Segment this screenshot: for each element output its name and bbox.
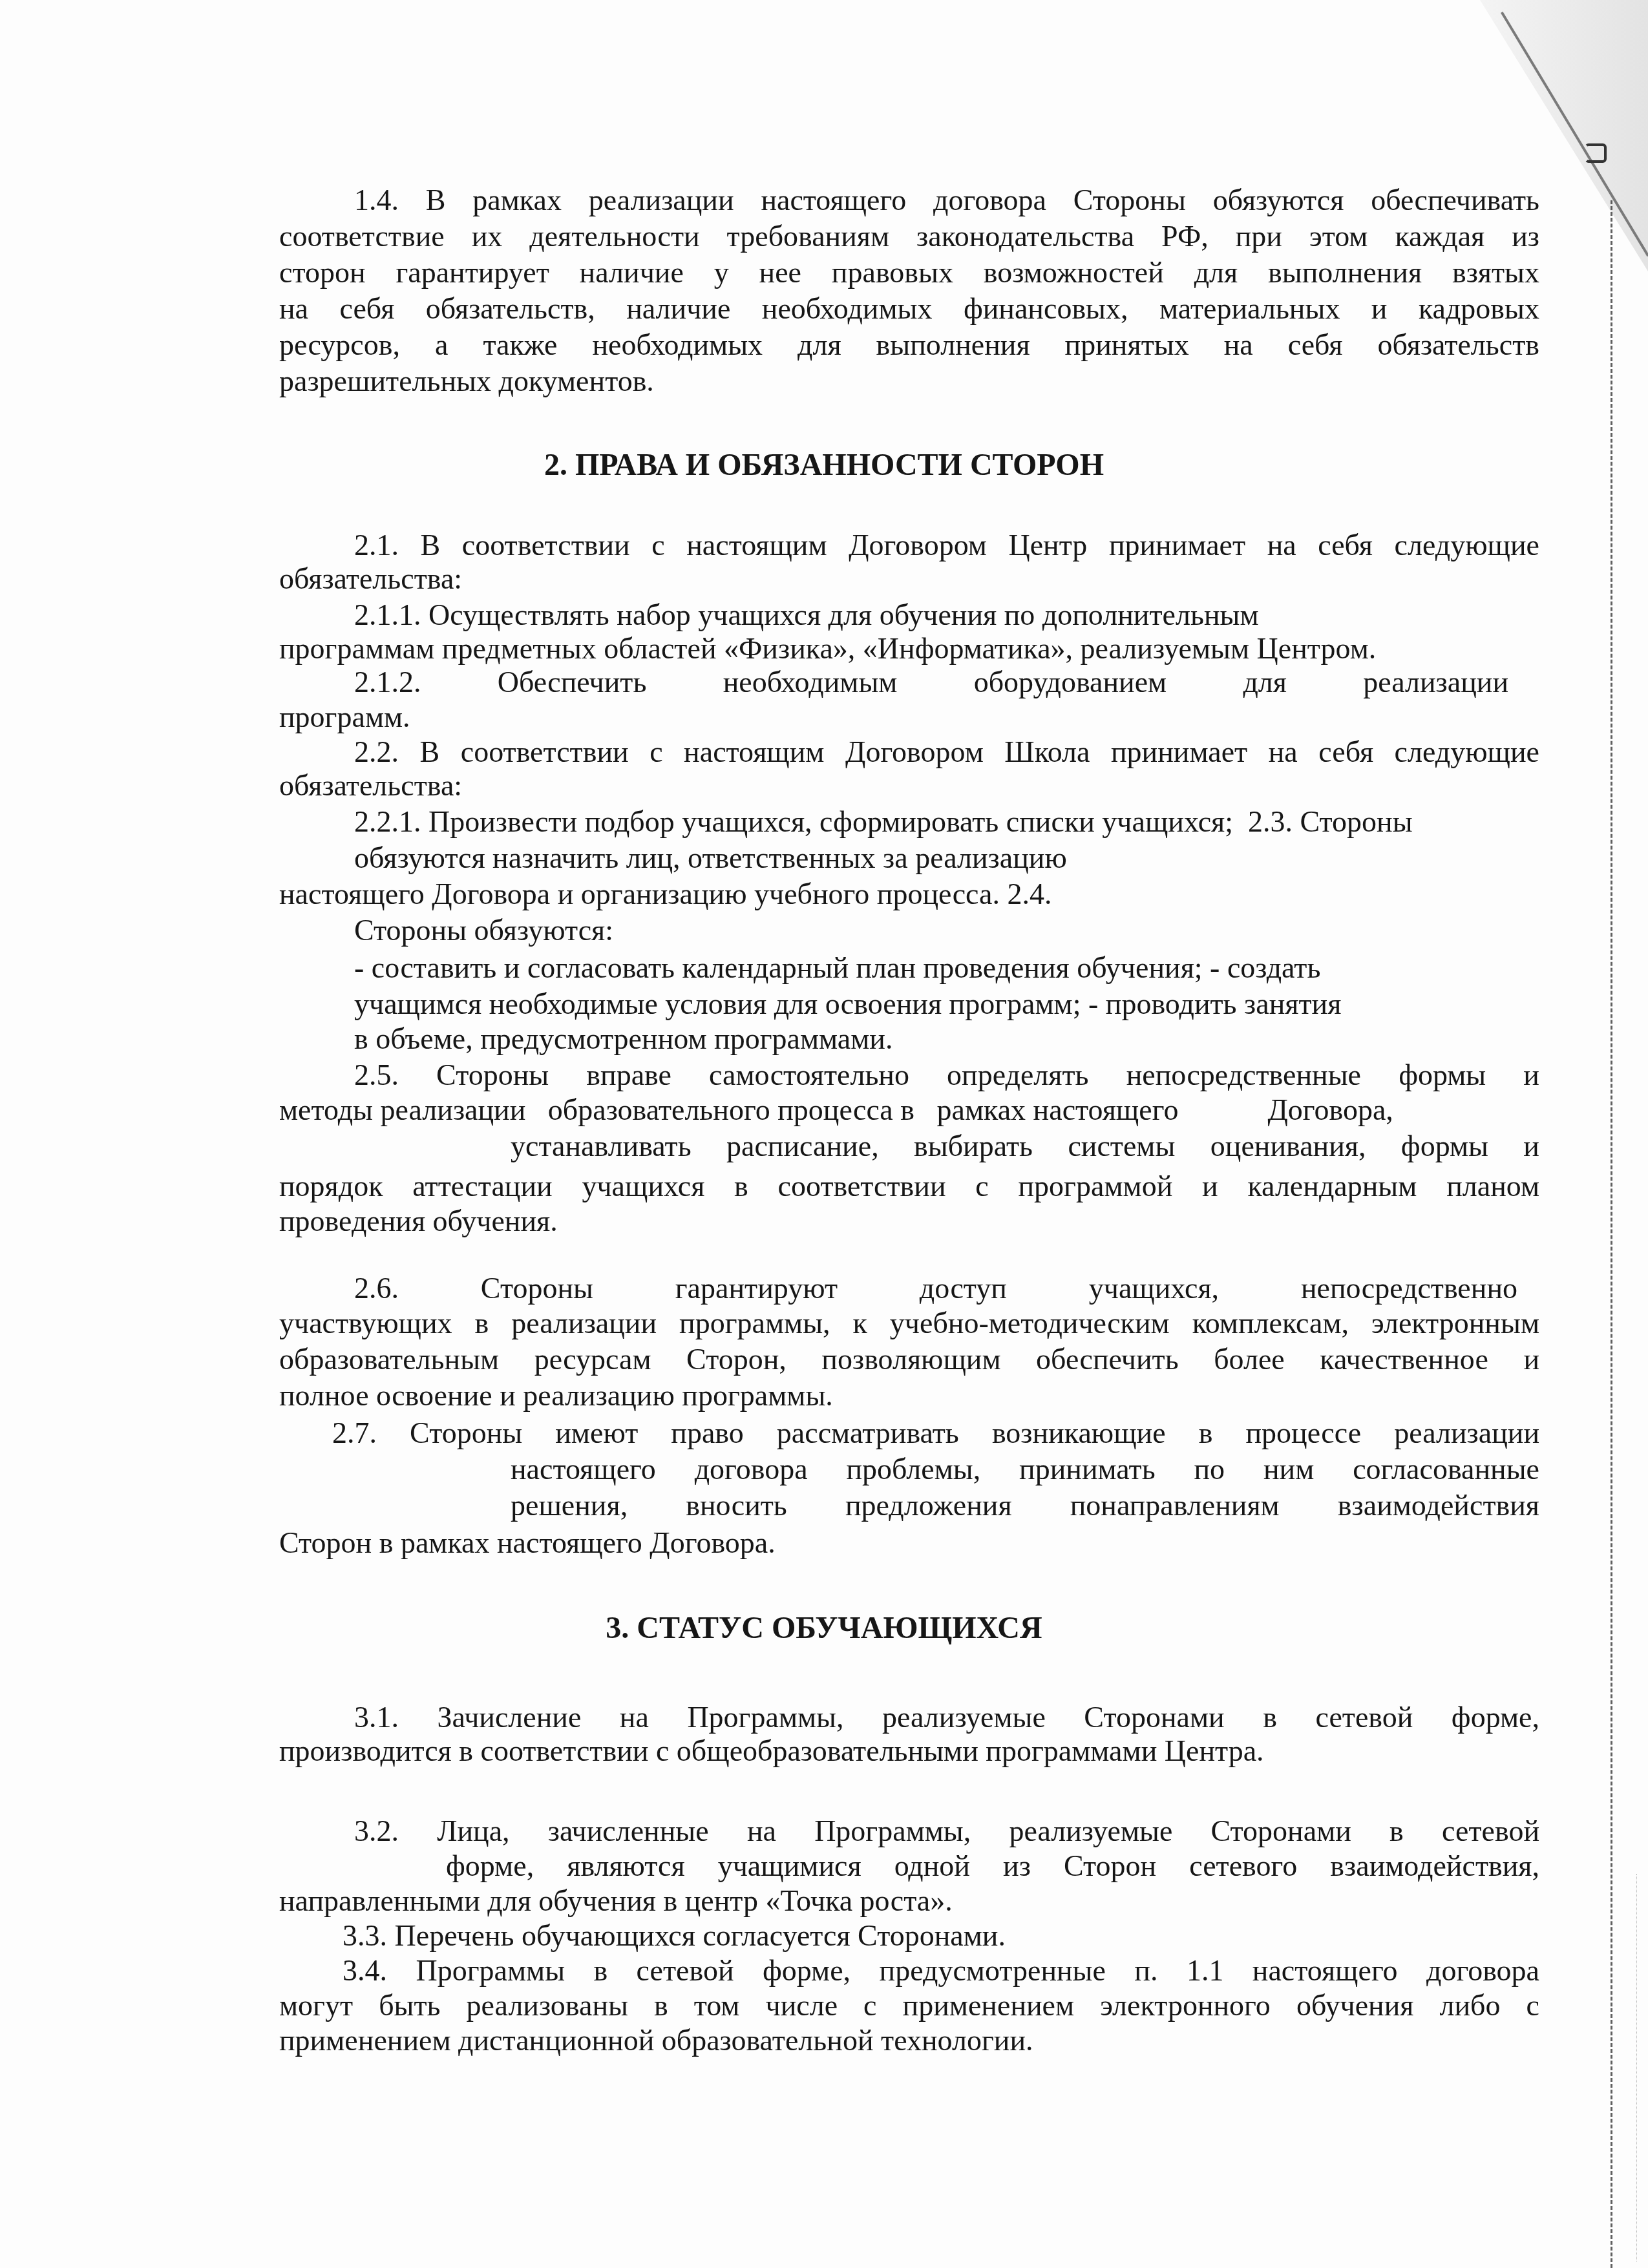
text-line: настоящего договора проблемы, принимать … bbox=[511, 1451, 1539, 1487]
text-line: сторон гарантирует наличие у нее правовы… bbox=[279, 255, 1539, 291]
text-line: образовательным ресурсам Сторон, позволя… bbox=[279, 1341, 1539, 1378]
text-line: полное освоение и реализацию программы. bbox=[279, 1378, 1539, 1414]
text-line: могут быть реализованы в том числе с при… bbox=[279, 1988, 1539, 2024]
text-line: программам предметных областей «Физика»,… bbox=[279, 631, 1539, 667]
text-line: настоящего Договора и организацию учебно… bbox=[279, 876, 1539, 912]
text-line: Стороны обязуются: bbox=[354, 912, 1614, 949]
text-line: 1.4. В рамках реализации настоящего дого… bbox=[354, 182, 1539, 218]
text-line: 2.1.2. Обеспечить необходимым оборудован… bbox=[354, 664, 1508, 700]
text-line: Сторон в рамках настоящего Договора. bbox=[279, 1525, 1539, 1561]
text-line: 2.5. Стороны вправе самостоятельно опред… bbox=[354, 1057, 1539, 1093]
text-line: - составить и согласовать календарный пл… bbox=[354, 950, 1614, 986]
scan-edge-line bbox=[1611, 200, 1612, 2268]
text-line: 3.1. Зачисление на Программы, реализуемы… bbox=[354, 1699, 1539, 1736]
text-line: соответствие их деятельности требованиям… bbox=[279, 218, 1539, 255]
text-line: 2.2. В соответствии с настоящим Договоро… bbox=[354, 734, 1539, 770]
text-line: обязательства: bbox=[279, 768, 1539, 804]
text-line: направленными для обучения в центр «Точк… bbox=[279, 1883, 1539, 1919]
scanned-page: 1.4. В рамках реализации настоящего дого… bbox=[0, 0, 1648, 2268]
text-line: обязуются назначить лиц, ответственных з… bbox=[354, 840, 1614, 876]
text-line: разрешительных документов. bbox=[279, 363, 1539, 399]
staple-mark bbox=[1585, 143, 1607, 163]
scan-edge-faint-line bbox=[1636, 1874, 1637, 2262]
text-line: в объеме, предусмотренном программами. bbox=[354, 1021, 1614, 1057]
text-line: программ. bbox=[279, 699, 1539, 735]
section-heading-3: 3. СТАТУС ОБУЧАЮЩИХСЯ bbox=[0, 1609, 1648, 1648]
text-line: методы реализации образовательного проце… bbox=[279, 1092, 1539, 1128]
text-line: порядок аттестации учащихся в соответств… bbox=[279, 1168, 1539, 1204]
text-line: участвующих в реализации программы, к уч… bbox=[279, 1305, 1539, 1341]
text-line: устанавливать расписание, выбирать систе… bbox=[511, 1128, 1539, 1164]
text-line: проведения обучения. bbox=[279, 1203, 1539, 1239]
text-line: 2.6. Стороны гарантируют доступ учащихся… bbox=[354, 1270, 1517, 1307]
text-line: 3.2. Лица, зачисленные на Программы, реа… bbox=[354, 1813, 1539, 1849]
text-line: форме, являются учащимися одной из Сторо… bbox=[446, 1848, 1539, 1884]
text-line: 2.7. Стороны имеют право рассматривать в… bbox=[332, 1415, 1539, 1451]
text-line: 3.3. Перечень обучающихся согласуется Ст… bbox=[343, 1918, 1603, 1954]
text-line: применением дистанционной образовательно… bbox=[279, 2022, 1539, 2059]
section-heading-2: 2. ПРАВА И ОБЯЗАННОСТИ СТОРОН bbox=[0, 446, 1648, 485]
text-line: решения, вносить предложения понаправлен… bbox=[511, 1487, 1539, 1524]
text-line: обязательства: bbox=[279, 561, 1539, 597]
text-line: 2.2.1. Произвести подбор учащихся, сформ… bbox=[354, 804, 1614, 840]
text-line: 3.4. Программы в сетевой форме, предусмо… bbox=[343, 1953, 1539, 1989]
text-line: на себя обязательств, наличие необходимы… bbox=[279, 291, 1539, 327]
text-line: 2.1.1. Осуществлять набор учащихся для о… bbox=[354, 597, 1614, 633]
text-line: производится в соответствии с общеобразо… bbox=[279, 1733, 1539, 1769]
text-line: учащимся необходимые условия для освоени… bbox=[354, 986, 1614, 1022]
text-line: 2.1. В соответствии с настоящим Договоро… bbox=[354, 527, 1539, 563]
text-line: ресурсов, а также необходимых для выполн… bbox=[279, 327, 1539, 363]
